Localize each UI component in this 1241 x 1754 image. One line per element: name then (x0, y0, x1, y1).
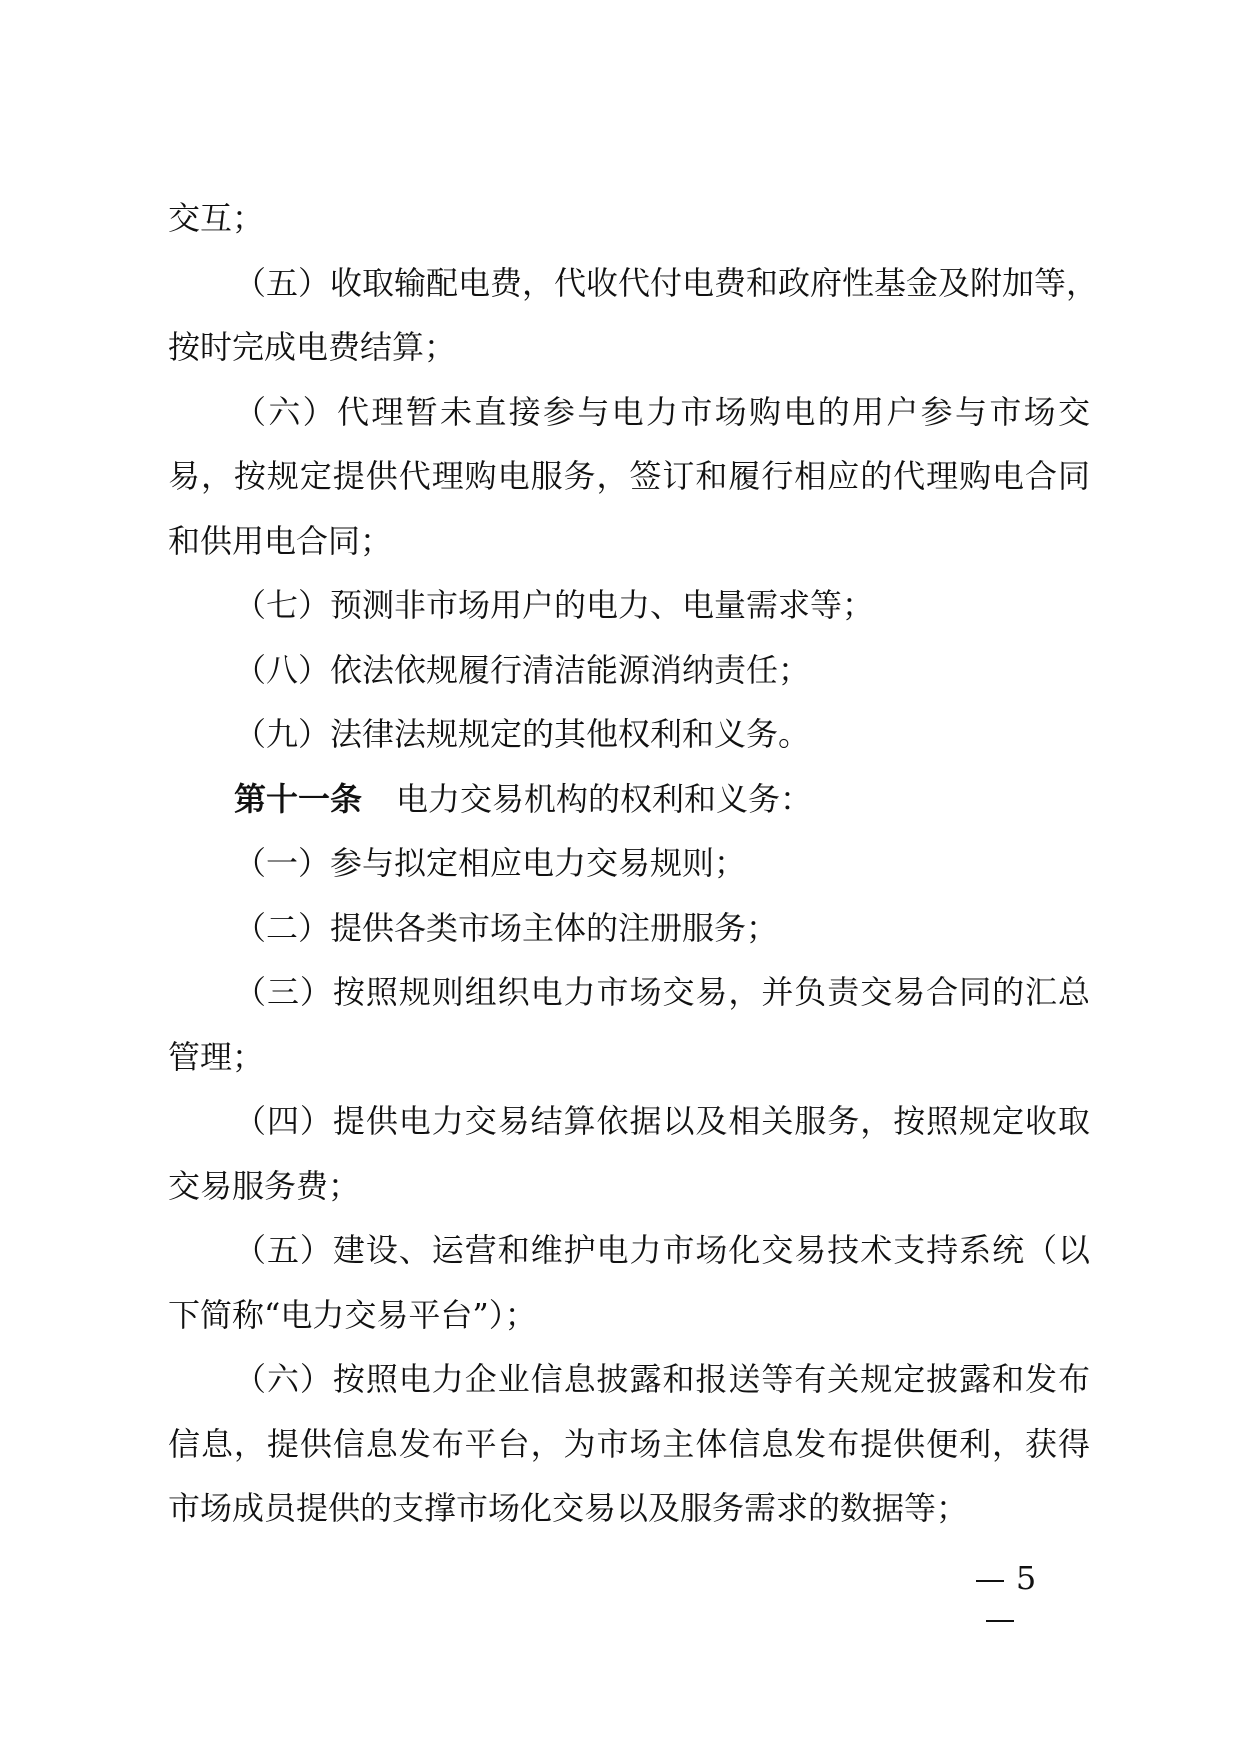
dash-decoration (976, 1580, 1004, 1582)
article-text: 电力交易机构的权利和义务： (396, 780, 812, 818)
text-line: （六）按照电力企业信息披露和报送等有关规定披露和发布 (168, 1347, 1090, 1412)
text-line: （五）收取输配电费，代收代付电费和政府性基金及附加等， (168, 251, 1090, 316)
text-line: （七）预测非市场用户的电力、电量需求等； (168, 573, 1090, 638)
dash-decoration (986, 1620, 1014, 1622)
page-footer: 5 (945, 1558, 1055, 1638)
text-line: （八）依法依规履行清洁能源消纳责任； (168, 638, 1090, 703)
text-line: 交易服务费； (168, 1154, 1090, 1219)
text-line: 和供用电合同； (168, 509, 1090, 574)
article-heading-line: 第十一条电力交易机构的权利和义务： (168, 767, 1090, 832)
page-number: 5 (1016, 1559, 1036, 1597)
text-line: （六）代理暂未直接参与电力市场购电的用户参与市场交 (168, 380, 1090, 445)
text-line: 信息，提供信息发布平台，为市场主体信息发布提供便利，获得 (168, 1412, 1090, 1477)
document-body: 交互； （五）收取输配电费，代收代付电费和政府性基金及附加等， 按时完成电费结算… (168, 186, 1090, 1541)
text-line: （五）建设、运营和维护电力市场化交易技术支持系统（以 (168, 1218, 1090, 1283)
article-label: 第十一条 (234, 780, 362, 818)
text-line: 按时完成电费结算； (168, 315, 1090, 380)
text-line: （二）提供各类市场主体的注册服务； (168, 896, 1090, 961)
text-line: 交互； (168, 186, 1090, 251)
text-line: 易，按规定提供代理购电服务，签订和履行相应的代理购电合同 (168, 444, 1090, 509)
text-line: （三）按照规则组织电力市场交易，并负责交易合同的汇总 (168, 960, 1090, 1025)
text-line: 下简称“电力交易平台”）； (168, 1283, 1090, 1348)
text-line: （九）法律法规规定的其他权利和义务。 (168, 702, 1090, 767)
text-line: （四）提供电力交易结算依据以及相关服务，按照规定收取 (168, 1089, 1090, 1154)
text-line: 管理； (168, 1025, 1090, 1090)
text-line: （一）参与拟定相应电力交易规则； (168, 831, 1090, 896)
text-line: 市场成员提供的支撑市场化交易以及服务需求的数据等； (168, 1476, 1090, 1541)
